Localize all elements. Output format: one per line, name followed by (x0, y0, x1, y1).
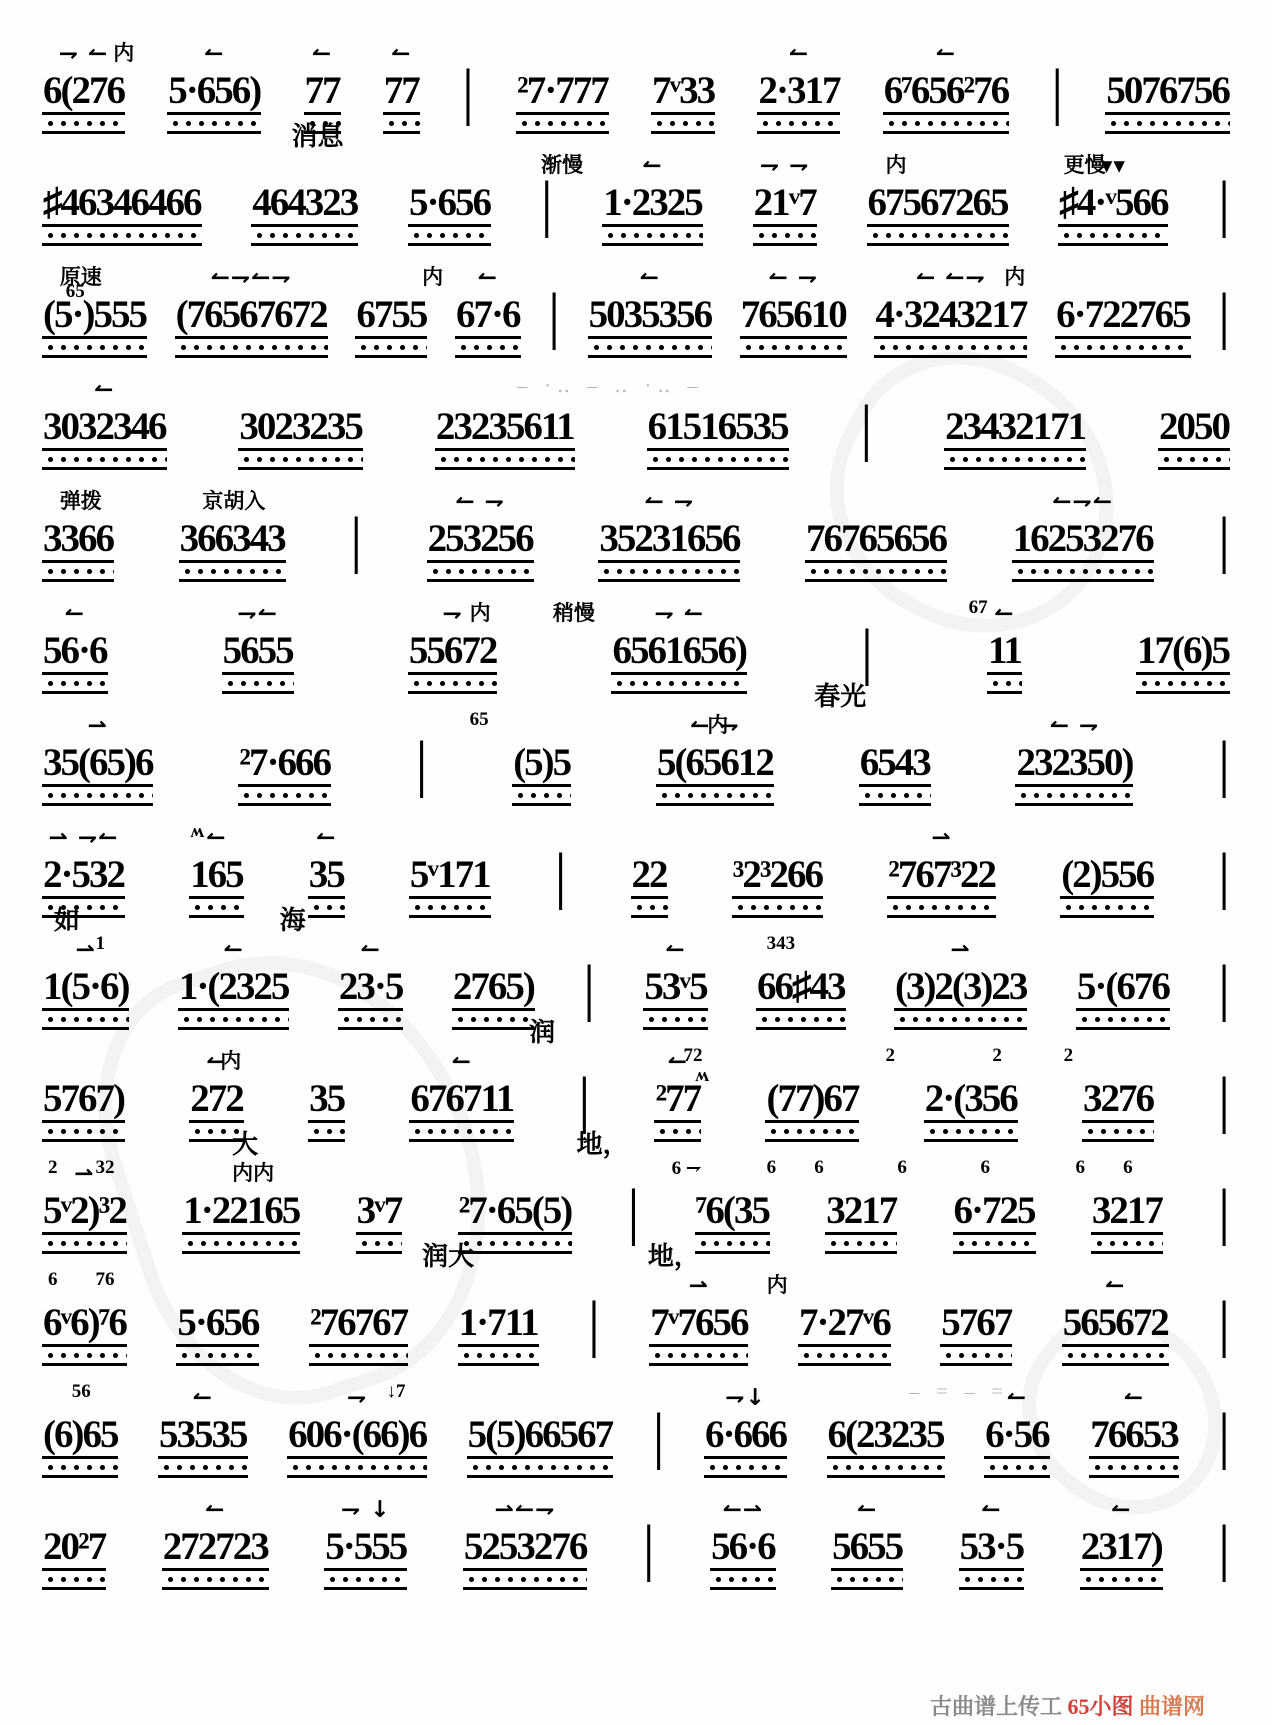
slur-arrow: ⇀ (649, 1273, 748, 1299)
note-digits: ²7·777 (516, 72, 609, 115)
slur-arrow: ⇀ (42, 937, 129, 963)
barline-glyph: | (628, 1182, 640, 1247)
slur-arrow: ↼ (1062, 1273, 1169, 1299)
note-digits: 5767) (42, 1080, 125, 1123)
barline: | (1218, 744, 1230, 789)
slur-arrow: ↼ ⇁ (740, 265, 847, 291)
note-digits: 606·(66)6 (287, 1416, 427, 1459)
slur-arrow: ↼ ⇁ (1015, 713, 1133, 739)
note-group: 2765) (452, 968, 535, 1030)
note-group: 61516535 (647, 408, 789, 470)
note-digits: 66♯43 (756, 968, 846, 1011)
note-digits: 2·(356 (924, 1080, 1018, 1123)
note-digits: 23432171 (944, 408, 1086, 451)
barline-glyph: | (1218, 958, 1230, 1023)
barline-glyph: | (1218, 510, 1230, 575)
note-digits: 232350) (1015, 744, 1133, 787)
note-group: ↼23·5 (338, 968, 404, 1030)
note-digits: 5·656 (408, 184, 491, 227)
note-group: ⁷6(35 (695, 1192, 770, 1254)
barline: | (578, 1080, 590, 1125)
note-group: ⇀5ᵛ2)³2 (42, 1192, 127, 1254)
note-digits: 7ᵛ7656 (649, 1304, 748, 1347)
score-line: 原速65内内(5·)555↼⇁↼⇁(765676726755↼67·6|↼503… (42, 254, 1230, 366)
barline: | (1218, 520, 1230, 565)
note-group: 1·22165 (182, 1192, 300, 1254)
barline: | (350, 520, 362, 565)
note-digits: ²7·65(5) (458, 1192, 573, 1235)
score-line: 1343⇀1(5·6)↼1·(2325↼23·52765)|↼53ᵛ566♯43… (42, 926, 1230, 1038)
note-digits: 5ᵛ2)³2 (42, 1192, 127, 1235)
notes-line: ↼303234630232352323561161516535|23432171… (42, 408, 1230, 470)
note-group: 7·27ᵛ6 (798, 1304, 891, 1366)
note-digits: 5ᵛ171 (409, 856, 491, 899)
slur-arrow: ⇀ (42, 1161, 127, 1187)
footer-credit-orange: 曲谱网 (1139, 1694, 1205, 1719)
note-digits: 3ᵛ7 (356, 1192, 403, 1235)
note-digits: ⁷6(35 (695, 1192, 770, 1235)
note-group: (2)556 (1060, 856, 1154, 918)
note-digits: 3366 (42, 520, 114, 563)
barline: | (1218, 1528, 1230, 1573)
barline-glyph: | (541, 174, 553, 239)
notes-line: 6ᵛ6)⁷65·656²767671·711|⇀7ᵛ76567·27ᵛ65767… (42, 1304, 1230, 1366)
slur-arrow: ↼ (984, 1385, 1050, 1411)
fingering-annotation: 56 (72, 1381, 91, 1403)
note-digits: 5·656) (167, 72, 261, 115)
tempo-annotation: 内 (885, 149, 906, 179)
fingering-annotation: 6 (767, 1157, 777, 1179)
note-group: 5·656 (176, 1304, 259, 1366)
barline-glyph: | (1218, 174, 1230, 239)
note-group: 6·722765 (1055, 296, 1191, 358)
slur-arrow: ↼ (167, 41, 261, 67)
note-digits: ³2³266 (732, 856, 823, 899)
note-group: ↼6·56 (984, 1416, 1050, 1478)
score-line: 232内内6 ⇁666666⇀5ᵛ2)³21·221653ᵛ7²7·65(5)|… (42, 1150, 1230, 1262)
note-digits: 5(5)66567 (467, 1416, 613, 1459)
barline: | (1218, 856, 1230, 901)
note-digits: 55672 (408, 632, 498, 675)
barline: | (628, 1192, 640, 1237)
note-group: 2050 (1158, 408, 1230, 470)
score-line: 65内⇀35(65)6²7·666|(5)5↼ ⇁5(656126543↼ ⇁2… (42, 702, 1230, 814)
note-group: ⇀²767³22 (887, 856, 996, 918)
note-group: 5076756 (1105, 72, 1230, 134)
note-digits: 1·711 (458, 1304, 539, 1347)
note-group: 35 (308, 1080, 345, 1142)
note-group: ↼⇁↼16253276 (1012, 520, 1154, 582)
note-group: ⇁ ⇁21ᵛ7 (753, 184, 817, 246)
note-digits: 366343 (179, 520, 286, 563)
note-digits: (2)556 (1060, 856, 1154, 899)
note-digits: 5035356 (588, 296, 713, 339)
note-digits: 272 (189, 1080, 244, 1123)
note-group: ⇁↓6·666 (704, 1416, 787, 1478)
fingering-annotation: 6 (981, 1157, 991, 1179)
slur-arrow: ↼ (831, 1497, 903, 1523)
slur-arrow: ↼ (304, 41, 341, 67)
slur-arrow: ↼ (757, 41, 840, 67)
note-group: 5·656 (408, 184, 491, 246)
note-digits: (5)5 (512, 744, 571, 787)
notes-line: 20²7↼272723⇁ ↓5·555⇀↼⇁5253276|↼⇀56·6↼565… (42, 1528, 1230, 1590)
note-digits: 53·5 (959, 1528, 1025, 1571)
barline: | (643, 1528, 655, 1573)
note-digits: 67·6 (455, 296, 521, 339)
note-group: ↼²77 (654, 1080, 701, 1142)
note-digits: 1·(2325 (178, 968, 290, 1011)
note-digits: 67567265 (867, 184, 1009, 227)
note-group: 17(6)5 (1136, 632, 1230, 694)
barline-glyph: | (653, 1406, 665, 1471)
slur-arrow: ↼ (654, 1049, 701, 1075)
note-group: ²7·777 (516, 72, 609, 134)
note-digits: 77 (383, 72, 420, 115)
note-digits: ²7·666 (238, 744, 331, 787)
note-group: 6543 (859, 744, 931, 806)
note-group: 66♯43 (756, 968, 846, 1030)
note-digits: ²767³22 (887, 856, 996, 899)
barline-glyph: | (860, 398, 872, 463)
note-group: ↼76653 (1089, 1416, 1179, 1478)
note-group: ↼11 (987, 632, 1022, 694)
note-digits: 2·532 (42, 856, 125, 899)
barline: | (653, 1416, 665, 1461)
note-group: 5767 (940, 1304, 1012, 1366)
slur-arrow: ↼ (1080, 1497, 1163, 1523)
note-digits: 2765) (452, 968, 535, 1011)
slur-arrow: ↼⇀ (710, 1497, 776, 1523)
note-group: ²7·666 (238, 744, 331, 806)
note-digits: 77 (304, 72, 341, 115)
notes-line: ⇀1(5·6)↼1·(2325↼23·52765)|↼53ᵛ566♯43⇀(3)… (42, 968, 1230, 1030)
note-digits: 4·3243217 (874, 296, 1027, 339)
note-digits: 35 (308, 1080, 345, 1123)
slur-arrow: ⇀↼⇁ (463, 1497, 588, 1523)
note-group: ↼53·5 (959, 1528, 1025, 1590)
note-digits: 6561656) (611, 632, 747, 675)
note-digits: 2·317 (757, 72, 840, 115)
note-digits: 6(23235 (827, 1416, 945, 1459)
note-digits: 16253276 (1012, 520, 1154, 563)
note-digits: 22 (631, 856, 668, 899)
note-group: 3217 (825, 1192, 897, 1254)
note-group: ⇁ ↓5·555 (324, 1528, 407, 1590)
note-digits: 76653 (1089, 1416, 1179, 1459)
slur-arrow: ⇀ ⇁↼ (42, 825, 125, 851)
fingering-annotation: 2 (1064, 1045, 1074, 1067)
note-digits: 23235611 (435, 408, 575, 451)
note-group: 2·(356 (924, 1080, 1018, 1142)
barline: | (861, 632, 873, 677)
note-group: ⇀7ᵛ7656 (649, 1304, 748, 1366)
note-group: (6)65 (42, 1416, 118, 1478)
barline: | (1051, 72, 1063, 117)
score-line: 内72ʍ2225767)↼27235↼676711|↼²77(77)672·(3… (42, 1038, 1230, 1150)
barline-glyph: | (1218, 286, 1230, 351)
note-digits: (76567672 (175, 296, 328, 339)
note-digits: 56·6 (42, 632, 108, 675)
fingering-annotation: 343 (767, 933, 796, 955)
note-digits: 1·2325 (602, 184, 703, 227)
note-group: 7ᵛ33 (651, 72, 715, 134)
note-group: ↼ ⇁765610 (740, 296, 847, 358)
footer-credit: 古曲谱上传工 65小图 曲谱网 (930, 1690, 1205, 1721)
slur-arrow: ↼ (162, 1497, 269, 1523)
barline-glyph: | (416, 734, 428, 799)
ghost-annotation: ‒ ·‥ ‒ ‥ ·‥ ‒ (517, 373, 703, 398)
note-group: 3366 (42, 520, 114, 582)
note-digits: 53535 (158, 1416, 248, 1459)
note-digits: 6(276 (42, 72, 125, 115)
notes-line: (6)65↼53535⇁606·(66)65(5)66567|⇁↓6·6666(… (42, 1416, 1230, 1478)
fingering-annotation: 6 (1123, 1157, 1133, 1179)
notes-line: ♯463464664643235·656|↼1·2325⇁ ⇁21ᵛ767567… (42, 184, 1230, 246)
score-line: 56↓7‒ = ‒ =(6)65↼53535⇁606·(66)65(5)6656… (42, 1374, 1230, 1486)
note-group: ↼⇀56·6 (710, 1528, 776, 1590)
barline: | (1218, 296, 1230, 341)
note-digits: (6)65 (42, 1416, 118, 1459)
slur-arrow: ⇁ ↓ (324, 1497, 407, 1523)
fingering-annotation: 6 (48, 1269, 58, 1291)
note-digits: 565672 (1062, 1304, 1169, 1347)
fingering-annotation: 76 (95, 1269, 114, 1291)
note-group: ↼1·2325 (602, 184, 703, 246)
note-digits: (5·)555 (42, 296, 147, 339)
score-sheet: 内⇁ ↼6(276↼5·656)↼77↼77|²7·7777ᵛ33↼2·317↼… (42, 30, 1230, 1598)
slur-arrow: ↼ (189, 1049, 244, 1075)
note-digits: 6·722765 (1055, 296, 1191, 339)
note-group: 5ᵛ171 (409, 856, 491, 918)
note-group: 6755 (355, 296, 427, 358)
slur-arrow: ↼ (643, 937, 707, 963)
slur-arrow: ↼ (178, 937, 290, 963)
slur-arrow: ↼ (959, 1497, 1025, 1523)
fingering-annotation: 6 ⇁ (672, 1157, 702, 1180)
note-digits: 6ᵛ6)⁷6 (42, 1304, 127, 1347)
barline-glyph: | (1218, 846, 1230, 911)
note-group: ↼5035356 (588, 296, 713, 358)
note-group: ²7·65(5) (458, 1192, 573, 1254)
note-digits: (77)67 (765, 1080, 859, 1123)
note-group: ³2³266 (732, 856, 823, 918)
barline: | (548, 296, 560, 341)
slur-arrow: ↼⇁↼⇁ (175, 265, 328, 291)
note-group: (77)67 (765, 1080, 859, 1142)
footer-credit-gray: 古曲谱上传工 (930, 1694, 1062, 1719)
note-digits: 3217 (825, 1192, 897, 1235)
slur-arrow: ↼ (455, 265, 521, 291)
barline: | (462, 72, 474, 117)
barline-glyph: | (462, 62, 474, 127)
barline-glyph: | (588, 1294, 600, 1359)
note-digits: 464323 (251, 184, 358, 227)
note-group: ♯46346466 (42, 184, 202, 246)
slur-arrow: ⇁↓ (704, 1385, 787, 1411)
slur-arrow: ⇀ (42, 713, 153, 739)
barline-glyph: | (1218, 1406, 1230, 1471)
note-group: ↼ ↼⇁4·3243217 (874, 296, 1027, 358)
note-digits: 17(6)5 (1136, 632, 1230, 675)
barline-glyph: | (1218, 1518, 1230, 1583)
note-digits: 3023235 (238, 408, 363, 451)
note-group: ⇀(3)2(3)23 (894, 968, 1027, 1030)
slur-arrow: ⇁ ↼ (611, 601, 747, 627)
note-digits: 5767 (940, 1304, 1012, 1347)
note-group: ↼67·6 (455, 296, 521, 358)
note-group: ↼165 (189, 856, 244, 918)
score-line: 20²7↼272723⇁ ↓5·555⇀↼⇁5253276|↼⇀56·6↼565… (42, 1486, 1230, 1598)
slur-arrow: ↼ (338, 937, 404, 963)
note-digits: 5655 (222, 632, 294, 675)
notes-line: (5·)555↼⇁↼⇁(765676726755↼67·6|↼5035356↼ … (42, 296, 1230, 358)
note-group: 5767) (42, 1080, 125, 1142)
barline: | (583, 968, 595, 1013)
note-digits: 21ᵛ7 (753, 184, 817, 227)
note-group: ↼676711 (409, 1080, 514, 1142)
note-group: 3ᵛ7 (356, 1192, 403, 1254)
note-group: ↼272723 (162, 1528, 269, 1590)
barline: | (588, 1304, 600, 1349)
note-digits: 5·656 (176, 1304, 259, 1347)
note-digits: 5·555 (324, 1528, 407, 1571)
slur-arrow: ⇁ (408, 601, 498, 627)
slur-arrow: ⇁ ↼ (42, 41, 125, 67)
note-digits: (3)2(3)23 (894, 968, 1027, 1011)
note-digits: 5(65612 (656, 744, 774, 787)
slur-arrow: ↼ ⇁ (427, 489, 534, 515)
note-digits: 272723 (162, 1528, 269, 1571)
slur-arrow: ↼ ⇁ (656, 713, 774, 739)
barline-glyph: | (643, 1518, 655, 1583)
slur-arrow: ↼ (383, 41, 420, 67)
note-group: 464323 (251, 184, 358, 246)
note-group: (5·)555 (42, 296, 147, 358)
tempo-annotation: 内 (422, 261, 443, 291)
note-digits: 253256 (427, 520, 534, 563)
fingering-annotation: 6 (1076, 1157, 1086, 1179)
note-group: 6ᵛ6)⁷6 (42, 1304, 127, 1366)
note-digits: 676711 (409, 1080, 514, 1123)
barline-glyph: | (1218, 734, 1230, 799)
barline: | (1218, 968, 1230, 1013)
score-line: ʍ⇀ ⇁↼2·532↼165↼355ᵛ171|22³2³266⇀²767³22(… (42, 814, 1230, 926)
barline: | (1218, 1416, 1230, 1461)
note-digits: 6·56 (984, 1416, 1050, 1459)
note-group: ²76767 (309, 1304, 408, 1366)
score-line: 676内6ᵛ6)⁷65·656²767671·711|⇀7ᵛ76567·27ᵛ6… (42, 1262, 1230, 1374)
note-digits: 35 (308, 856, 345, 899)
slur-arrow: ⇁ ⇁ (753, 153, 817, 179)
note-digits: 53ᵛ5 (643, 968, 707, 1011)
note-group: 6·725 (953, 1192, 1036, 1254)
note-group: ⇁ ↼6(276 (42, 72, 125, 134)
note-digits: 3217 (1091, 1192, 1163, 1235)
note-group: 22 (631, 856, 668, 918)
note-digits: 165 (189, 856, 244, 899)
note-digits: 76765656 (805, 520, 947, 563)
note-group: ↼2317) (1080, 1528, 1163, 1590)
note-digits: 2317) (1080, 1528, 1163, 1571)
note-group: 3023235 (238, 408, 363, 470)
score-page: 内⇁ ↼6(276↼5·656)↼77↼77|²7·7777ᵛ33↼2·317↼… (0, 0, 1272, 1725)
note-digits: 5253276 (463, 1528, 588, 1571)
note-group: 67567265 (867, 184, 1009, 246)
note-group: 3276 (1082, 1080, 1154, 1142)
barline-glyph: | (1218, 1070, 1230, 1135)
barline: | (555, 856, 567, 901)
barline: | (1218, 184, 1230, 229)
note-group: 3217 (1091, 1192, 1163, 1254)
slur-arrow: ↼ (588, 265, 713, 291)
note-digits: 61516535 (647, 408, 789, 451)
tempo-annotation: 稍慢 (553, 597, 595, 627)
note-digits: 6·666 (704, 1416, 787, 1459)
notes-line: 3366366343|↼ ⇁253256↼ ⇁3523165676765656↼… (42, 520, 1230, 582)
footer-credit-red: 65小图 (1068, 1694, 1134, 1719)
note-group: 5·(676 (1076, 968, 1170, 1030)
note-group: ⇁ ↼6561656) (611, 632, 747, 694)
note-digits: 35231656 (598, 520, 740, 563)
note-digits: 2050 (1158, 408, 1230, 451)
note-digits: 5076756 (1105, 72, 1230, 115)
note-digits: 35(65)6 (42, 744, 153, 787)
note-group: ↼53535 (158, 1416, 248, 1478)
note-group: ↼5655 (831, 1528, 903, 1590)
barline-glyph: | (583, 958, 595, 1023)
tempo-annotation: 京胡入 (202, 485, 265, 515)
note-group: ⇀1(5·6) (42, 968, 129, 1030)
note-group: ⇁↼5655 (222, 632, 294, 694)
fingering-annotation: 2 (885, 1045, 895, 1067)
note-group: ↼77 (383, 72, 420, 134)
slur-arrow: ↼ (42, 377, 167, 403)
slur-arrow: ⇀ (887, 825, 996, 851)
slur-arrow: ↼⇁↼ (1012, 489, 1154, 515)
note-group: 23235611 (435, 408, 575, 470)
slur-arrow: ⇀ (894, 937, 1027, 963)
notes-line: 5767)↼27235↼676711|↼²77(77)672·(3563276| (42, 1080, 1230, 1142)
score-line: ‒ ·‥ ‒ ‥ ·‥ ‒↼30323463023235232356116151… (42, 366, 1230, 478)
note-digits: ♯4·ᵛ566 (1058, 184, 1168, 227)
note-group: ↼565672 (1062, 1304, 1169, 1366)
note-digits: 7ᵛ33 (651, 72, 715, 115)
tempo-annotation: 内 (767, 1269, 788, 1299)
note-digits: 6·725 (953, 1192, 1036, 1235)
barline-glyph: | (555, 846, 567, 911)
slur-arrow: ↼ (602, 153, 703, 179)
slur-arrow: ↼ (308, 825, 345, 851)
note-digits: 1(5·6) (42, 968, 129, 1011)
barline-glyph: | (350, 510, 362, 575)
note-group: ▾▾♯4·ᵛ566 (1058, 184, 1168, 246)
note-group: ⇁606·(66)6 (287, 1416, 427, 1478)
note-group: 6(23235 (827, 1416, 945, 1478)
note-digits: ♯46346466 (42, 184, 202, 227)
note-digits: 6543 (859, 744, 931, 787)
note-digits: 7·27ᵛ6 (798, 1304, 891, 1347)
note-group: 366343 (179, 520, 286, 582)
note-digits: 23·5 (338, 968, 404, 1011)
note-group: (5)5 (512, 744, 571, 806)
note-group: ↼2·317 (757, 72, 840, 134)
note-digits: 765610 (740, 296, 847, 339)
slur-arrow: ▾▾ (1058, 153, 1168, 179)
note-group: ↼5·656) (167, 72, 261, 134)
note-group: ↼56·6 (42, 632, 108, 694)
note-group: ⇀↼⇁5253276 (463, 1528, 588, 1590)
